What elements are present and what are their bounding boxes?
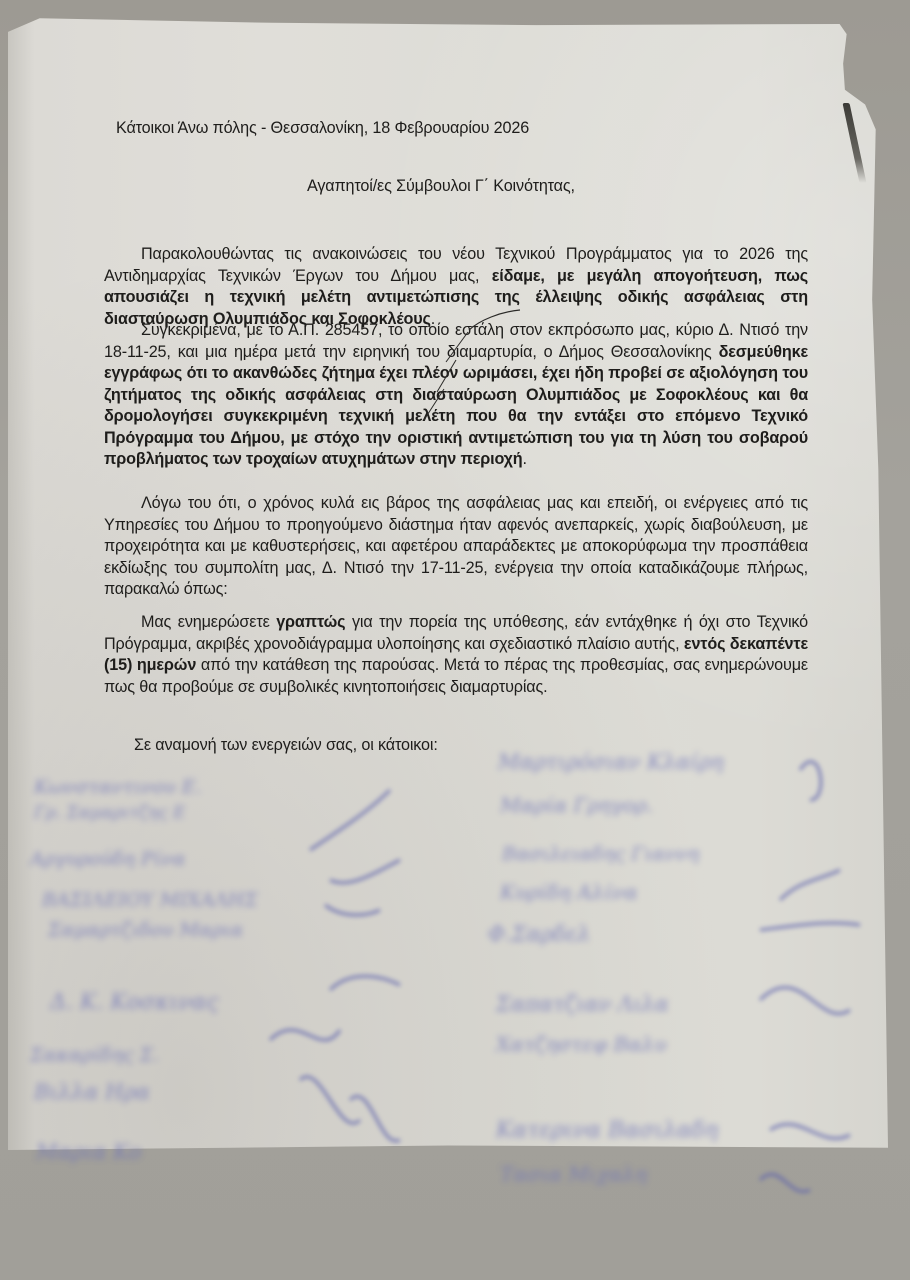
signature-scribbles xyxy=(0,0,910,1280)
